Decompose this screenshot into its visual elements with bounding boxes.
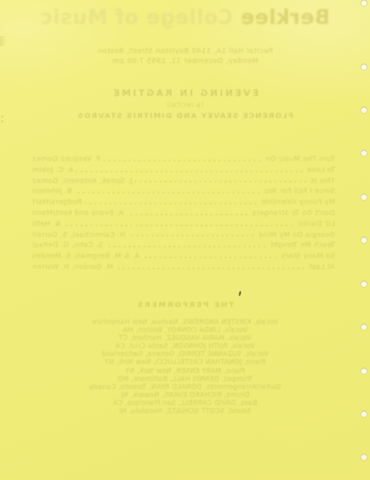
performer-line: Vocals, RUTH JOHNSON, Santa Cruz, CA [30, 342, 340, 350]
performer-line: Trumpet, DENNIS HALL, Baltimore, MD [30, 375, 340, 383]
program-piece-title: So Many Stars [281, 252, 335, 260]
punch-hole [361, 0, 367, 6]
showthrough-layer: Berklee College of Music Recital Hall 1A… [0, 0, 370, 480]
program-piece-title: Teach Me Tonight [270, 241, 335, 249]
berklee-wordmark: Berklee [240, 5, 329, 29]
left-edge-smudge [0, 36, 7, 46]
program-piece-title: Georgia On My Mind [258, 231, 335, 239]
program-composer: N. Hefti [32, 220, 61, 228]
program-row: This IsJ. Speak, Antonelli, Gomez [32, 177, 335, 188]
program-row: At LastM. Gordon, H. Warren [32, 263, 335, 274]
program-composer: Rodgers/Hart [32, 198, 82, 206]
program-row: Turn The Music OnF. Vasquez Gomez [32, 155, 335, 166]
performer-line: Guitar/Arrangements, DONALD RYAN, Toront… [30, 383, 340, 391]
program-composer: A. Evans and Kent/Mann [32, 209, 124, 217]
punch-hole [361, 237, 367, 243]
program-piece-title: My Funny Valentine [261, 198, 335, 206]
performer-line: Vocals, SUZANNE TERRIO, Geneva, Switzerl… [30, 350, 340, 358]
program-composer: A. C. Jobim [32, 166, 73, 174]
scanned-program-back-page: Berklee College of Music Recital Hall 1A… [0, 0, 370, 480]
program-piece-title: This Is [311, 177, 335, 185]
program-composer: H. Carmichael, S. Gorrell [32, 231, 125, 239]
punch-hole [361, 107, 367, 113]
punch-hole [361, 454, 367, 460]
program-composer: M. Gordon, H. Warren [32, 263, 113, 271]
showthrough-performers-block: THE PERFORMERS Vocals, KIRSTEN ANDREWS, … [30, 300, 340, 415]
program-row: Lil' Darlin'N. Hefti [32, 220, 335, 231]
punch-hole [361, 368, 367, 374]
program-row: So Many StarsA. & M. Bergman, S. Mendes [32, 252, 335, 263]
program-piece-title: Don't Go To Strangers [252, 209, 335, 217]
college-of-music-wordmark: College of Music [40, 5, 240, 29]
performer-line: Piano, MARY ENSER, New York, NY [30, 367, 340, 375]
punch-hole [361, 64, 367, 70]
performer-line: Drums, RICHARD EVANS, Newark, NJ [30, 391, 340, 399]
performer-line: Sound, SCOTT SCHULTZ, Honolulu, HI [30, 407, 340, 415]
program-piece-title: At Last [309, 263, 335, 271]
punch-hole [361, 194, 367, 200]
program-piece-title: To Love [307, 166, 335, 174]
dot-leader [116, 265, 306, 272]
program-composer: A. & M. Bergman, S. Mendes [32, 252, 139, 260]
program-composer: F. Vasquez Gomez [32, 155, 100, 163]
showthrough-presenters-line: FLORENCE SEAVEY AND DIMITRIS STAVROS [0, 111, 370, 120]
performer-line: Bass, DAVID CARRELL, San Francisco, CA [30, 399, 340, 407]
program-row: To LoveA. C. Jobim [32, 166, 335, 177]
program-row: My Funny ValentineRodgers/Hart [32, 198, 335, 209]
dot-leader [75, 189, 261, 196]
program-row: Since I Fell For YouB. Johnson [32, 187, 335, 198]
program-piece-title: Since I Fell For You [264, 187, 335, 195]
dot-leader [76, 168, 303, 175]
dot-leader [142, 254, 278, 261]
program-piece-title: Lil' Darlin' [297, 220, 335, 228]
performer-line: Vocals, MARIA VASQUEZ, Hartford, CT [30, 334, 340, 342]
punch-hole [361, 150, 367, 156]
program-composer: J. Speak, Antonelli, Gomez [32, 177, 132, 185]
showthrough-program-list: Turn The Music OnF. Vasquez Gomez To Lov… [32, 155, 335, 274]
performer-line: Vocals, KIRSTEN ANDREWS, Nashua, New Ham… [30, 318, 340, 326]
punch-hole [361, 411, 367, 417]
showthrough-recital-title: EVENING IN RAGTIME [0, 89, 370, 99]
dot-leader [103, 157, 263, 164]
punch-hole [361, 281, 367, 287]
program-piece-title: Turn The Music On [266, 155, 336, 163]
edge-smudge-mark [1, 115, 4, 123]
program-composer: B. Johnson [32, 187, 72, 195]
dot-leader [106, 243, 267, 250]
showthrough-recital-subtitle: (a recital) [0, 101, 370, 109]
showthrough-venue-line: Recital Hall 1A, 1140 Boylston Street, B… [0, 47, 370, 55]
performer-line: Piano, JONATHAN CASTELLUCCI, New York, N… [30, 358, 340, 366]
dot-leader [85, 200, 259, 207]
performer-line: Vocals, LINDA CONROY, Boston, MA [30, 326, 340, 334]
program-row: Teach Me TonightS. Cahn, G. DePaul [32, 241, 335, 252]
showthrough-masthead: Berklee College of Music [0, 5, 370, 29]
program-row: Don't Go To StrangersA. Evans and Kent/M… [32, 209, 335, 220]
dot-leader [135, 178, 308, 185]
punch-hole [361, 324, 367, 330]
performers-heading: THE PERFORMERS [30, 300, 340, 309]
showthrough-datetime-line: Monday, December 11, 1995 7:00 pm [0, 57, 370, 65]
dot-leader [64, 222, 294, 229]
program-composer: S. Cahn, G. DePaul [32, 241, 103, 249]
program-row: Georgia On My MindH. Carmichael, S. Gorr… [32, 231, 335, 242]
dot-leader [127, 211, 250, 218]
dot-leader [128, 232, 255, 239]
